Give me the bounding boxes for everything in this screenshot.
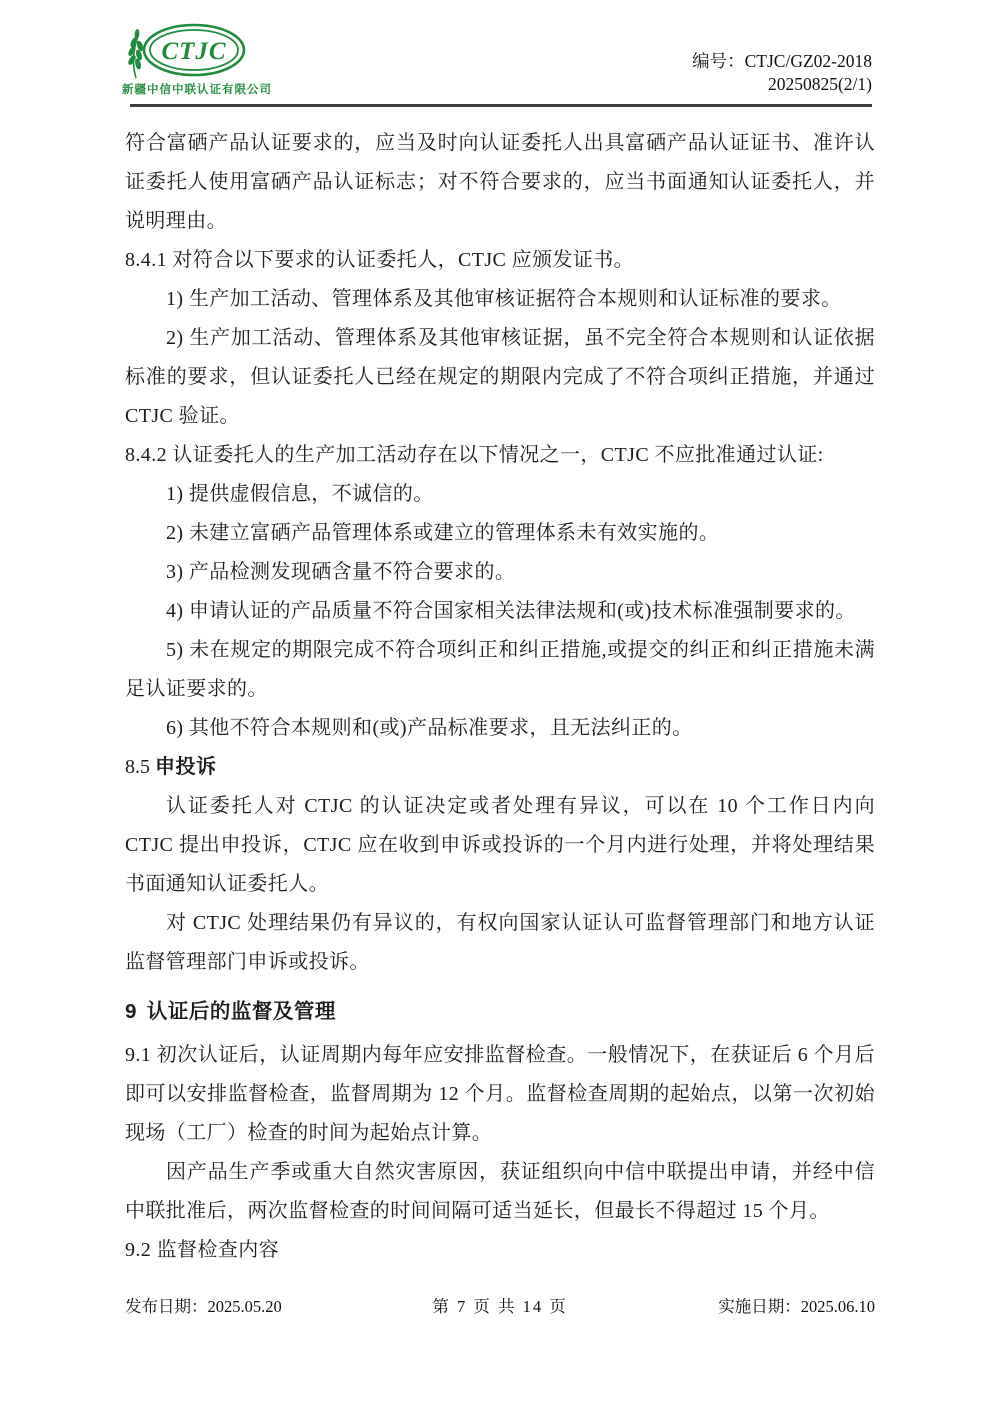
logo-acronym-text: CTJC [161,38,226,65]
heading-8-5-title: 申投诉 [155,756,217,778]
clause-8-4-1: 8.4.1 对符合以下要求的认证委托人，CTJC 应颁发证书。 [125,241,875,280]
clause-8-4-2-item-1: 1) 提供虚假信息，不诚信的。 [125,475,875,514]
effective-date: 实施日期：2025.06.10 [718,1293,875,1317]
clause-8-4-2-item-6: 6) 其他不符合本规则和(或)产品标准要求，且无法纠正的。 [125,709,875,748]
paragraph-8-5-appeal-2: 对 CTJC 处理结果仍有异议的，有权向国家认证认可监督管理部门和地方认证监督管… [125,904,875,982]
clause-8-4-2-item-5: 5) 未在规定的期限完成不符合项纠正和纠正措施,或提交的纠正和纠正措施未满足认证… [125,631,875,709]
issue-date: 发布日期：2025.05.20 [125,1293,282,1317]
paragraph-8-5-appeal-1: 认证委托人对 CTJC 的认证决定或者处理有异议，可以在 10 个工作日内向 C… [125,787,875,904]
heading-9-number: 9 [125,1000,137,1023]
paragraph-continuation: 符合富硒产品认证要求的，应当及时向认证委托人出具富硒产品认证证书、准许认证委托人… [125,124,875,241]
page-footer: 第 7 页 共 14 页 发布日期：2025.05.20 实施日期：2025.0… [125,1293,875,1317]
document-body: 符合富硒产品认证要求的，应当及时向认证委托人出具富硒产品认证证书、准许认证委托人… [125,107,875,1270]
document-number-block: 编号：CTJC/GZ02-2018 20250825(2/1) [692,50,872,96]
heading-9: 9认证后的监督及管理 [125,992,875,1031]
clause-8-4-2-item-2: 2) 未建立富硒产品管理体系或建立的管理体系未有效实施的。 [125,514,875,553]
clause-8-4-1-item-2: 2) 生产加工活动、管理体系及其他审核证据，虽不完全符合本规则和认证依据标准的要… [125,319,875,436]
company-logo: CTJC 新疆中信中联认证有限公司 [122,22,282,97]
page-header: CTJC 新疆中信中联认证有限公司 编号：CTJC/GZ02-2018 2025… [0,0,1000,107]
heading-9-title: 认证后的监督及管理 [147,1000,336,1023]
clause-8-4-1-item-1: 1) 生产加工活动、管理体系及其他审核证据符合本规则和认证标准的要求。 [125,280,875,319]
clause-9-2: 9.2 监督检查内容 [125,1231,875,1270]
document-page: CTJC 新疆中信中联认证有限公司 编号：CTJC/GZ02-2018 2025… [0,0,1000,1413]
clause-8-4-2-item-3: 3) 产品检测发现硒含量不符合要求的。 [125,553,875,592]
company-name: 新疆中信中联认证有限公司 [122,81,282,97]
clause-9-1: 9.1 初次认证后，认证周期内每年应安排监督检查。一般情况下，在获证后 6 个月… [125,1036,875,1153]
clause-8-4-2-item-4: 4) 申请认证的产品质量不符合国家相关法律法规和(或)技术标准强制要求的。 [125,592,875,631]
clause-8-4-2: 8.4.2 认证委托人的生产加工活动存在以下情况之一，CTJC 不应批准通过认证… [125,436,875,475]
heading-8-5: 8.5 申投诉 [125,748,875,787]
paragraph-9-1-extension: 因产品生产季或重大自然灾害原因，获证组织向中信中联提出申请，并经中信中联批准后，… [125,1153,875,1231]
ctjc-logo-icon: CTJC [122,22,250,80]
heading-8-5-number: 8.5 [125,756,155,778]
document-number-line2: 20250825(2/1) [692,73,872,96]
document-number-line1: 编号：CTJC/GZ02-2018 [692,50,872,73]
